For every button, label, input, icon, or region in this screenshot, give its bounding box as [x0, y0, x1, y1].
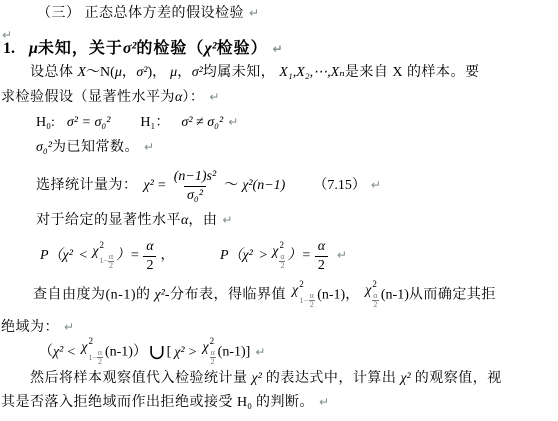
- open-bracket: [: [167, 345, 172, 360]
- body-text: 绝域为：: [1, 320, 59, 335]
- quantile-subscript: 1−α2: [88, 349, 103, 366]
- chi-squared-symbol: χ²: [400, 371, 410, 386]
- mu-symbol: μ: [29, 40, 38, 57]
- chi-symbol: χ: [92, 242, 98, 271]
- superscript-two: 2: [88, 337, 93, 346]
- h1-formula: σ² ≠ σ₀²: [181, 115, 223, 130]
- chi-squared-symbol: χ²: [252, 371, 262, 386]
- comma: ，: [177, 65, 192, 80]
- alpha-over-two-fraction: α2: [143, 238, 156, 274]
- chi-squared-symbol: χ²: [155, 288, 165, 303]
- chi-squared-quantile-upper: χ2α2: [365, 281, 379, 310]
- superscript-two: 2: [100, 241, 105, 250]
- chi-symbol: χ: [81, 338, 87, 367]
- sample-variables: X₁,X₂,⋯,Xₙ: [279, 65, 345, 80]
- chi-squared-quantile-lower: χ21−α2: [92, 242, 114, 271]
- superscript-two: 2: [299, 280, 304, 289]
- chi-squared-quantile-upper: χ2α2: [272, 242, 285, 271]
- chi-symbol: χ: [292, 281, 298, 310]
- sigma-squared-symbol: σ²: [136, 65, 147, 80]
- prob2-close: ）=: [287, 248, 310, 263]
- quantile-subscript: α2: [210, 349, 216, 366]
- body-text: 均属未知，: [203, 65, 280, 80]
- chi-squared-quantile-lower: χ21−α2: [292, 281, 315, 310]
- alpha-over-two-small: α2: [108, 253, 114, 270]
- intro-line-1: 设总体 X～N(μ，σ²)， μ，σ²均属未知， X₁,X₂,⋯,Xₙ是来自 X…: [30, 63, 480, 83]
- statistic-line: 选择统计量为：χ²=(n−1)s²σ₀²～χ²(n−1)（7.15）↵: [36, 168, 381, 204]
- chi-squared-symbol: χ²: [174, 345, 184, 360]
- alpha-over-two-fraction: α2: [315, 238, 328, 274]
- quantile-scripts: 2α2: [372, 280, 379, 309]
- section-title: （三） 正态总体方差的假设检验: [37, 6, 244, 21]
- one-minus: 1−: [100, 257, 109, 265]
- body-text: 求检验假设（显著性水平为: [1, 90, 175, 105]
- paragraph-mark-icon: ↵: [222, 213, 232, 227]
- sigma-squared-symbol: σ²: [192, 65, 203, 80]
- heading-text: 检验）: [217, 40, 268, 57]
- known-constant-line: σ₀²为已知常数。↵: [36, 137, 154, 158]
- chi-squared-symbol: χ²: [53, 345, 63, 360]
- body-text: 为已知常数。: [52, 140, 139, 155]
- alpha-over-two-small: α2: [309, 292, 316, 309]
- chi-symbol: χ: [272, 242, 278, 271]
- comma: ，: [160, 248, 174, 263]
- body-text: 是来自 X 的样本。要: [345, 65, 480, 80]
- alpha-line: 对于给定的显著性水平α，由↵: [36, 210, 232, 231]
- alpha-over-two-small: α2: [372, 292, 379, 309]
- body-text: 的观察值，视: [411, 371, 502, 386]
- sigma-squared-symbol: σ²: [123, 40, 136, 57]
- body-text: 设总体: [30, 65, 78, 80]
- chi-squared-quantile-lower: χ21−α2: [81, 338, 103, 367]
- greater-than-sign: >: [259, 248, 267, 263]
- open-paren: （: [39, 345, 53, 360]
- paren: )，: [147, 65, 166, 80]
- body-text: 对于给定的显著性水平: [36, 213, 181, 228]
- quantile-subscript: α2: [279, 253, 285, 270]
- tilde-operator: ～: [224, 178, 238, 193]
- document-page: （三） 正态总体方差的假设检验↵ ↵ 1.μ未知，关于σ²的检验（χ²检验）↵ …: [0, 0, 558, 421]
- table-lookup-line: 查自由度为(n-1)的 χ²-分布表，得临界值 χ21−α2(n-1)， χ2α…: [33, 281, 496, 310]
- less-than-sign: <: [67, 345, 75, 360]
- paragraph-mark-icon: ↵: [228, 115, 238, 129]
- h0-label: H₀: [237, 395, 252, 410]
- sigma0-squared-symbol: σ₀²: [36, 140, 52, 155]
- quantile-subscript: α2: [372, 292, 379, 309]
- chi-squared-quantile-upper: χ2α2: [203, 338, 216, 367]
- fraction-denominator: σ₀²: [184, 186, 206, 205]
- paragraph-mark-icon: ↵: [255, 345, 265, 359]
- fraction-numerator: (n−1)s²: [174, 168, 216, 186]
- paragraph-mark-icon: ↵: [64, 320, 74, 334]
- body-text: 从而确定其拒: [409, 288, 496, 303]
- statistic-label: 选择统计量为：: [36, 178, 138, 193]
- intro-line-2: 求检验假设（显著性水平为α）：↵: [1, 87, 219, 108]
- quantile-subscript: 1−α2: [299, 292, 315, 309]
- df-argument: (n-1): [381, 288, 409, 303]
- h0-label: H₀:: [36, 115, 55, 130]
- hypotheses-line: H₀:σ² = σ₀²H₁：σ² ≠ σ₀²↵: [36, 112, 238, 133]
- heading-number: 1.: [3, 40, 15, 57]
- superscript-two: 2: [210, 337, 215, 346]
- df-argument: (n-1)]: [218, 345, 251, 360]
- alpha-over-two-small: α2: [97, 349, 103, 366]
- paragraph-mark-icon: ↵: [319, 395, 329, 409]
- h1-label: H₁：: [140, 115, 169, 130]
- quantile-subscript: 1−α2: [100, 253, 115, 270]
- prob1-lhs: P（χ²: [40, 248, 73, 263]
- rejection-region-line: （χ²<χ21−α2(n-1)）∪[χ²>χ2α2(n-1)]↵: [39, 338, 265, 367]
- body-text: ，由: [188, 213, 217, 228]
- less-than-sign: <: [79, 248, 87, 263]
- paragraph-mark-icon: ↵: [337, 248, 347, 262]
- union-operator: ∪: [148, 340, 166, 364]
- quantile-scripts: 21−α2: [299, 280, 315, 309]
- section-title-line: （三） 正态总体方差的假设检验↵: [37, 3, 259, 24]
- x-symbol: X: [78, 65, 87, 80]
- superscript-two: 2: [279, 241, 284, 250]
- rejection-label-line: 绝域为：↵: [1, 317, 74, 338]
- alpha-over-two-small: α2: [210, 349, 216, 366]
- comma: ，: [122, 65, 137, 80]
- paragraph-mark-icon: ↵: [144, 140, 154, 154]
- paragraph-mark-icon: ↵: [249, 6, 259, 20]
- body-text: 然后将样本观察值代入检验统计量: [30, 371, 252, 386]
- chi-symbol: χ: [365, 281, 371, 310]
- conclusion-line-1: 然后将样本观察值代入检验统计量 χ² 的表达式中，计算出 χ² 的观察值，视: [30, 369, 502, 389]
- superscript-two: 2: [372, 280, 377, 289]
- paragraph-mark-icon: ↵: [371, 178, 381, 192]
- quantile-scripts: 21−α2: [100, 241, 115, 270]
- heading-line: 1.μ未知，关于σ²的检验（χ²检验）↵: [3, 39, 283, 59]
- paragraph-mark-icon: ↵: [209, 90, 219, 104]
- chi-symbol: χ: [203, 338, 209, 367]
- probability-line: P（χ² <χ21−α2）=α2， P（χ² >χ2α2）=α2↵: [40, 238, 347, 274]
- prob1-close: ）=: [116, 248, 139, 263]
- body-text: 其是否落入拒绝域而作出拒绝或接受: [1, 395, 237, 410]
- equation-number: （7.15）: [313, 178, 366, 193]
- df-argument: (n-1)，: [317, 288, 359, 303]
- body-text: -分布表，得临界值: [165, 288, 290, 303]
- body-text: 的表达式中，计算出: [262, 371, 401, 386]
- prob2-lhs: P（χ²: [220, 248, 253, 263]
- paragraph-mark-icon: ↵: [273, 42, 283, 56]
- normal-dist-text: ～N(: [86, 65, 115, 80]
- alpha-over-two-small: α2: [279, 253, 285, 270]
- chi-squared-symbol: χ²: [204, 40, 216, 57]
- body-text: 查自由度为(n-1)的: [33, 288, 155, 303]
- one-minus: 1−: [299, 297, 309, 305]
- body-text: 的判断。: [252, 395, 314, 410]
- chi-squared-symbol: χ²: [144, 178, 154, 193]
- body-text: ）：: [182, 90, 204, 105]
- equals-sign: =: [158, 178, 166, 193]
- df-argument: (n-1)）: [105, 345, 147, 360]
- quantile-scripts: 2α2: [279, 241, 285, 270]
- h0-formula: σ² = σ₀²: [67, 115, 111, 130]
- one-minus: 1−: [88, 354, 97, 362]
- quantile-scripts: 2α2: [210, 337, 216, 366]
- chi-squared-distribution: χ²(n−1): [242, 178, 285, 193]
- statistic-fraction: (n−1)s²σ₀²: [174, 168, 216, 204]
- conclusion-line-2: 其是否落入拒绝域而作出拒绝或接受 H₀ 的判断。↵: [1, 392, 329, 413]
- quantile-scripts: 21−α2: [88, 337, 103, 366]
- heading-text: 未知，关于: [38, 40, 123, 57]
- greater-than-sign: >: [189, 345, 197, 360]
- mu-symbol: μ: [115, 65, 122, 80]
- heading-text: 的检验（: [136, 40, 204, 57]
